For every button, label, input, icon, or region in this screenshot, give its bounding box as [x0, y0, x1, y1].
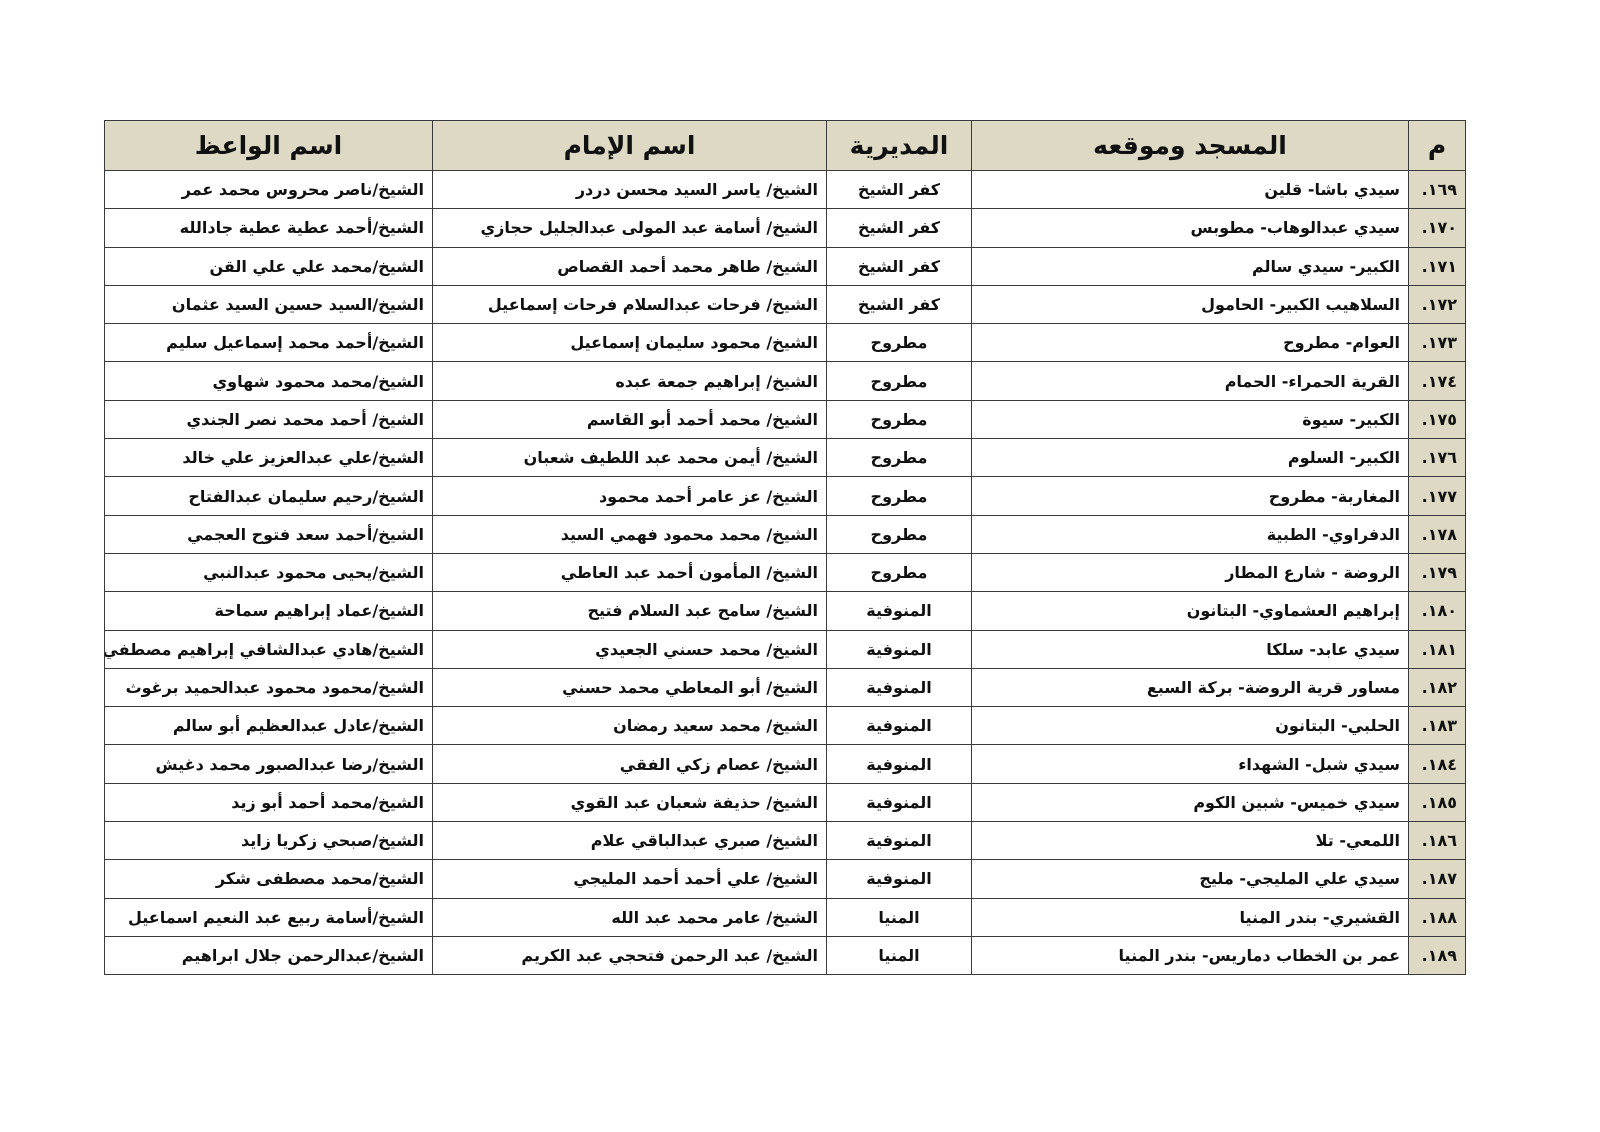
row-number: ١٨٧. — [1409, 860, 1466, 898]
preacher-name: الشيخ/عبدالرحمن جلال ابراهيم — [105, 936, 433, 974]
row-number: ١٨٤. — [1409, 745, 1466, 783]
imam-name: الشيخ/ حذيفة شعبان عبد القوي — [433, 783, 827, 821]
imam-name: الشيخ/ محمد أحمد أبو القاسم — [433, 400, 827, 438]
directorate: المنوفية — [827, 860, 972, 898]
directorate: مطروح — [827, 553, 972, 591]
preacher-name: الشيخ/محمد أحمد أبو زيد — [105, 783, 433, 821]
preacher-name: الشيخ/صبحي زكريا زايد — [105, 822, 433, 860]
directorate: المنوفية — [827, 822, 972, 860]
table-row: ١٧٦. الكبير- السلوم مطروح الشيخ/ أيمن مح… — [105, 439, 1466, 477]
table-row: ١٧١. الكبير- سيدي سالم كفر الشيخ الشيخ/ … — [105, 247, 1466, 285]
table-row: ١٨٠. إبراهيم العشماوي- البتانون المنوفية… — [105, 592, 1466, 630]
preacher-name: الشيخ/عادل عبدالعظيم أبو سالم — [105, 707, 433, 745]
directorate: كفر الشيخ — [827, 209, 972, 247]
preacher-name: الشيخ/محمد محمود شهاوي — [105, 362, 433, 400]
directorate: مطروح — [827, 439, 972, 477]
table-row: ١٧٩. الروضة - شارع المطار مطروح الشيخ/ ا… — [105, 553, 1466, 591]
preacher-name: الشيخ/علي عبدالعزيز علي خالد — [105, 439, 433, 477]
imam-name: الشيخ/ عبد الرحمن فتحجي عبد الكريم — [433, 936, 827, 974]
mosque-name: اللمعي- تلا — [972, 822, 1409, 860]
directorate: مطروح — [827, 400, 972, 438]
imam-name: الشيخ/ عز عامر أحمد محمود — [433, 477, 827, 515]
row-number: ١٨٠. — [1409, 592, 1466, 630]
imam-name: الشيخ/ سامح عبد السلام فتيح — [433, 592, 827, 630]
table-row: ١٧٨. الدفراوي- الطبية مطروح الشيخ/ محمد … — [105, 515, 1466, 553]
directorate: المنوفية — [827, 668, 972, 706]
table-row: ١٨٣. الحلبي- البتانون المنوفية الشيخ/ مح… — [105, 707, 1466, 745]
preacher-name: الشيخ/محمود محمود عبدالحميد برغوث — [105, 668, 433, 706]
directorate: المنوفية — [827, 707, 972, 745]
mosque-name: القشيري- بندر المنيا — [972, 898, 1409, 936]
preacher-name: الشيخ/رضا عبدالصبور محمد دغيش — [105, 745, 433, 783]
preacher-name: الشيخ/عماد إبراهيم سماحة — [105, 592, 433, 630]
row-number: ١٧٩. — [1409, 553, 1466, 591]
table-row: ١٨٧. سيدي علي المليجي- مليج المنوفية الش… — [105, 860, 1466, 898]
table-row: ١٧٠. سيدي عبدالوهاب- مطوبس كفر الشيخ الش… — [105, 209, 1466, 247]
row-number: ١٧٦. — [1409, 439, 1466, 477]
table-row: ١٨٥. سيدي خميس- شبين الكوم المنوفية الشي… — [105, 783, 1466, 821]
imam-name: الشيخ/ محمد حسني الجعيدي — [433, 630, 827, 668]
preacher-name: الشيخ/محمد علي علي القن — [105, 247, 433, 285]
table-row: ١٧٥. الكبير- سيوة مطروح الشيخ/ محمد أحمد… — [105, 400, 1466, 438]
header-imam: اسم الإمام — [433, 121, 827, 171]
imam-name: الشيخ/ أسامة عبد المولى عبدالجليل حجازي — [433, 209, 827, 247]
table-row: ١٨٦. اللمعي- تلا المنوفية الشيخ/ صبري عب… — [105, 822, 1466, 860]
imam-name: الشيخ/ طاهر محمد أحمد القصاص — [433, 247, 827, 285]
mosque-name: مساور قرية الروضة- بركة السبع — [972, 668, 1409, 706]
table-row: ١٦٩. سيدي باشا- قلين كفر الشيخ الشيخ/ يا… — [105, 171, 1466, 209]
mosque-name: عمر بن الخطاب دماريس- بندر المنيا — [972, 936, 1409, 974]
imam-name: الشيخ/ عامر محمد عبد الله — [433, 898, 827, 936]
mosque-name: المغاربة- مطروح — [972, 477, 1409, 515]
directorate: المنوفية — [827, 783, 972, 821]
imam-name: الشيخ/ صبري عبدالباقي علام — [433, 822, 827, 860]
preacher-name: الشيخ/محمد مصطفى شكر — [105, 860, 433, 898]
imam-name: الشيخ/ فرحات عبدالسلام فرحات إسماعيل — [433, 285, 827, 323]
row-number: ١٨١. — [1409, 630, 1466, 668]
mosque-name: الكبير- سيوة — [972, 400, 1409, 438]
mosque-name: إبراهيم العشماوي- البتانون — [972, 592, 1409, 630]
table-row: ١٨٨. القشيري- بندر المنيا المنيا الشيخ/ … — [105, 898, 1466, 936]
preacher-name: الشيخ/رحيم سليمان عبدالفتاح — [105, 477, 433, 515]
imam-name: الشيخ/ عصام زكي الفقي — [433, 745, 827, 783]
preacher-name: الشيخ/أسامة ربيع عبد النعيم اسماعيل — [105, 898, 433, 936]
directorate: المنوفية — [827, 745, 972, 783]
table-row: ١٨٩. عمر بن الخطاب دماريس- بندر المنيا ا… — [105, 936, 1466, 974]
mosque-name: القرية الحمراء- الحمام — [972, 362, 1409, 400]
row-number: ١٧٧. — [1409, 477, 1466, 515]
preacher-name: الشيخ/أحمد محمد إسماعيل سليم — [105, 324, 433, 362]
table-header-row: م المسجد وموقعه المديرية اسم الإمام اسم … — [105, 121, 1466, 171]
header-mosque: المسجد وموقعه — [972, 121, 1409, 171]
preacher-name: الشيخ/هادي عبدالشافي إبراهيم مصطفي — [105, 630, 433, 668]
imam-name: الشيخ/ المأمون أحمد عبد العاطي — [433, 553, 827, 591]
imam-name: الشيخ/ محمود سليمان إسماعيل — [433, 324, 827, 362]
preacher-name: الشيخ/ أحمد محمد نصر الجندي — [105, 400, 433, 438]
imam-name: الشيخ/ محمد محمود فهمي السيد — [433, 515, 827, 553]
table-row: ١٧٣. العوام- مطروح مطروح الشيخ/ محمود سل… — [105, 324, 1466, 362]
imam-name: الشيخ/ أبو المعاطي محمد حسني — [433, 668, 827, 706]
mosque-name: الحلبي- البتانون — [972, 707, 1409, 745]
row-number: ١٦٩. — [1409, 171, 1466, 209]
row-number: ١٨٩. — [1409, 936, 1466, 974]
directorate: مطروح — [827, 324, 972, 362]
directorate: مطروح — [827, 362, 972, 400]
preacher-name: الشيخ/يحيى محمود عبدالنبي — [105, 553, 433, 591]
preacher-name: الشيخ/أحمد سعد فتوح العجمي — [105, 515, 433, 553]
directorate: المنيا — [827, 936, 972, 974]
mosque-name: السلاهيب الكبير- الحامول — [972, 285, 1409, 323]
preacher-name: الشيخ/السيد حسين السيد عثمان — [105, 285, 433, 323]
mosque-name: الكبير- السلوم — [972, 439, 1409, 477]
row-number: ١٨٢. — [1409, 668, 1466, 706]
row-number: ١٧٨. — [1409, 515, 1466, 553]
directorate: مطروح — [827, 477, 972, 515]
mosque-name: سيدي علي المليجي- مليج — [972, 860, 1409, 898]
row-number: ١٧٥. — [1409, 400, 1466, 438]
row-number: ١٨٨. — [1409, 898, 1466, 936]
directorate: المنوفية — [827, 592, 972, 630]
preacher-name: الشيخ/أحمد عطية عطية جادالله — [105, 209, 433, 247]
document-page: م المسجد وموقعه المديرية اسم الإمام اسم … — [0, 0, 1600, 1132]
imam-name: الشيخ/ إبراهيم جمعة عبده — [433, 362, 827, 400]
table-row: ١٨١. سيدي عابد- سلكا المنوفية الشيخ/ محم… — [105, 630, 1466, 668]
preacher-name: الشيخ/ناصر محروس محمد عمر — [105, 171, 433, 209]
directorate: المنوفية — [827, 630, 972, 668]
row-number: ١٨٦. — [1409, 822, 1466, 860]
directorate: كفر الشيخ — [827, 247, 972, 285]
table-row: ١٨٢. مساور قرية الروضة- بركة السبع المنو… — [105, 668, 1466, 706]
row-number: ١٧١. — [1409, 247, 1466, 285]
mosque-name: الروضة - شارع المطار — [972, 553, 1409, 591]
mosque-name: سيدي عابد- سلكا — [972, 630, 1409, 668]
mosques-table: م المسجد وموقعه المديرية اسم الإمام اسم … — [104, 120, 1466, 975]
directorate: كفر الشيخ — [827, 285, 972, 323]
row-number: ١٧٤. — [1409, 362, 1466, 400]
directorate: المنيا — [827, 898, 972, 936]
row-number: ١٨٣. — [1409, 707, 1466, 745]
imam-name: الشيخ/ علي أحمد أحمد المليجي — [433, 860, 827, 898]
directorate: كفر الشيخ — [827, 171, 972, 209]
mosque-name: الكبير- سيدي سالم — [972, 247, 1409, 285]
table-row: ١٧٤. القرية الحمراء- الحمام مطروح الشيخ/… — [105, 362, 1466, 400]
row-number: ١٨٥. — [1409, 783, 1466, 821]
mosque-name: العوام- مطروح — [972, 324, 1409, 362]
table-row: ١٧٢. السلاهيب الكبير- الحامول كفر الشيخ … — [105, 285, 1466, 323]
imam-name: الشيخ/ ياسر السيد محسن دردر — [433, 171, 827, 209]
directorate: مطروح — [827, 515, 972, 553]
table-row: ١٧٧. المغاربة- مطروح مطروح الشيخ/ عز عام… — [105, 477, 1466, 515]
mosque-name: الدفراوي- الطبية — [972, 515, 1409, 553]
row-number: ١٧٣. — [1409, 324, 1466, 362]
mosque-name: سيدي عبدالوهاب- مطوبس — [972, 209, 1409, 247]
row-number: ١٧٠. — [1409, 209, 1466, 247]
mosque-name: سيدي شبل- الشهداء — [972, 745, 1409, 783]
mosque-name: سيدي خميس- شبين الكوم — [972, 783, 1409, 821]
header-num: م — [1409, 121, 1466, 171]
table-row: ١٨٤. سيدي شبل- الشهداء المنوفية الشيخ/ ع… — [105, 745, 1466, 783]
table-body: ١٦٩. سيدي باشا- قلين كفر الشيخ الشيخ/ يا… — [105, 171, 1466, 975]
imam-name: الشيخ/ أيمن محمد عبد اللطيف شعبان — [433, 439, 827, 477]
header-directorate: المديرية — [827, 121, 972, 171]
header-preacher: اسم الواعظ — [105, 121, 433, 171]
imam-name: الشيخ/ محمد سعيد رمضان — [433, 707, 827, 745]
row-number: ١٧٢. — [1409, 285, 1466, 323]
mosque-name: سيدي باشا- قلين — [972, 171, 1409, 209]
